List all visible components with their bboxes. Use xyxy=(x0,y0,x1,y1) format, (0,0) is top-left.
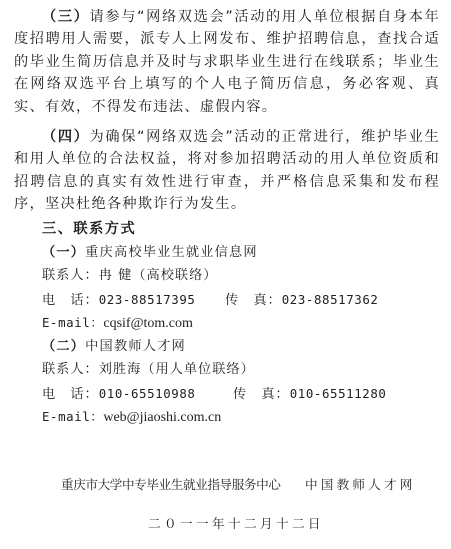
footer-org-cq-center: 重庆市大学中专毕业生就业指导服务中心 xyxy=(61,474,281,493)
contact-person-row: 联系人：冉 健（高校联络） xyxy=(42,264,442,287)
contact-phone-row: 电 话：023-88517395 传 真：023-88517362 xyxy=(42,288,442,311)
contact-org-name: 中国教师人才网 xyxy=(85,339,186,354)
phone-value: 010-65510988 xyxy=(99,386,196,401)
fax-value: 023-88517362 xyxy=(282,292,379,307)
section-heading-contact: 三、联系方式 xyxy=(42,218,136,238)
fax-label: 传 真： xyxy=(233,387,290,402)
contact-org-row: （二）中国教师人才网 xyxy=(42,335,442,358)
contact-person-row: 联系人：刘胜海（用人单位联络） xyxy=(42,358,442,381)
contact-org-row: （一）重庆高校毕业生就业信息网 xyxy=(42,241,442,264)
email-label: E-mail： xyxy=(42,315,103,330)
fax-value: 010-65511280 xyxy=(290,386,387,401)
footer-org-jiaoshi: 中国教师人才网 xyxy=(305,474,416,493)
paragraph-number: （三） xyxy=(42,9,90,25)
contact-number: （一） xyxy=(42,245,85,260)
footer-date: 二０一一年十二月十二日 xyxy=(148,513,324,532)
fax-label: 传 真： xyxy=(225,293,282,308)
contact-person-label: 联系人： xyxy=(42,268,99,283)
phone-label: 电 话： xyxy=(42,293,99,308)
contact-person-label: 联系人： xyxy=(42,362,99,377)
contact-org-name: 重庆高校毕业生就业信息网 xyxy=(85,245,258,260)
contact-email-row: E-mail：cqsif@tom.com xyxy=(42,311,442,334)
contact-number: （二） xyxy=(42,339,85,354)
email-value[interactable]: web@jiaoshi.com.cn xyxy=(103,410,221,425)
contact-phone-row: 电 话：010-65510988 传 真：010-65511280 xyxy=(42,382,442,405)
fax-group: 传 真：023-88517362 xyxy=(225,288,378,312)
paragraph-number: （四） xyxy=(42,129,90,145)
contact-block-cqsif: （一）重庆高校毕业生就业信息网 联系人：冉 健（高校联络） 电 话：023-88… xyxy=(42,241,442,335)
contact-block-jiaoshi: （二）中国教师人才网 联系人：刘胜海（用人单位联络） 电 话：010-65510… xyxy=(42,335,442,429)
email-label: E-mail： xyxy=(42,409,103,424)
phone-label: 电 话： xyxy=(42,387,99,402)
contact-person-name: 刘胜海（用人单位联络） xyxy=(99,362,255,377)
fax-group: 传 真：010-65511280 xyxy=(233,382,386,406)
contact-person-name: 冉 健（高校联络） xyxy=(99,268,218,283)
email-value[interactable]: cqsif@tom.com xyxy=(103,316,193,331)
contact-email-row: E-mail：web@jiaoshi.com.cn xyxy=(42,405,442,428)
phone-value: 023-88517395 xyxy=(99,292,196,307)
paragraph-three: （三）请参与“网络双选会”活动的用人单位根据自身本年度招聘用人需要，派专人上网发… xyxy=(14,6,440,118)
paragraph-four: （四）为确保“网络双选会”活动的正常进行，维护毕业生和用人单位的合法权益，将对参… xyxy=(14,126,440,216)
